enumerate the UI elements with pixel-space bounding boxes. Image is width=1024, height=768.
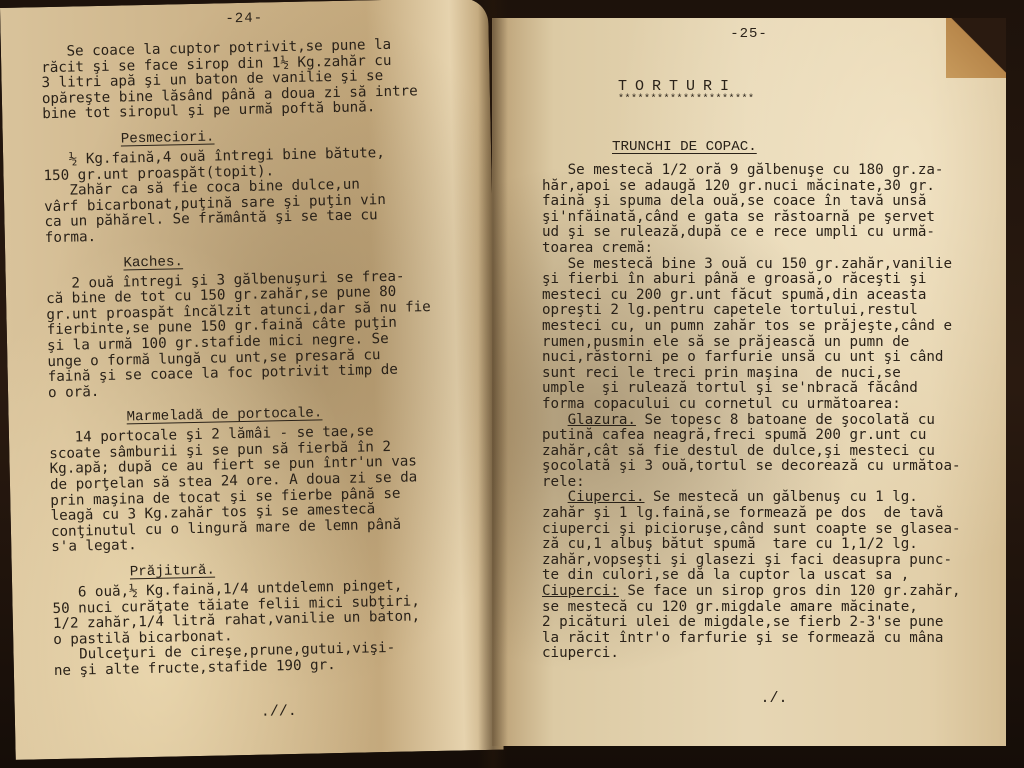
right-page: -25- TORTURI ********************* TRUNC…: [492, 18, 1006, 746]
section-heading: TORTURI: [618, 78, 1006, 95]
recipe-body-kaches: 2 ouă întregi şi 3 gălbenuşuri se frea- …: [46, 267, 497, 401]
ciuperci-alt-label: Ciuperci:: [542, 583, 619, 599]
open-recipe-booklet: -24- Se coace la cuptor potrivit,se pune…: [0, 0, 1024, 768]
section-underline-stars: *********************: [618, 95, 1006, 105]
page-end-mark: ./.: [542, 690, 1006, 707]
recipe-paragraph: Se mestecă 1/2 oră 9 gălbenuşe cu 180 gr…: [542, 163, 1006, 257]
recipe-continuation: Se coace la cuptor potrivit,se pune la r…: [41, 36, 491, 123]
ciuperci-label: Ciuperci.: [568, 489, 645, 505]
recipe-body-prajitura: 6 ouă,½ Kg.faină,1/4 untdelemn pinget, 5…: [52, 577, 502, 680]
glazura-label: Glazura.: [568, 412, 636, 428]
recipe-body-marmelada: 14 portocale şi 2 lămâi - se tae,se scoa…: [49, 422, 500, 556]
ciuperci-alt-paragraph: Ciuperci: Se face un sirop gros din 120 …: [542, 584, 1006, 662]
page-number: -25-: [492, 26, 1006, 42]
ciuperci-paragraph: Ciuperci. Se mestecă un gălbenuş cu 1 lg…: [542, 490, 1006, 584]
recipe-title-trunchi-de-copac: TRUNCHI DE COPAC.: [542, 139, 1006, 155]
glazura-paragraph: Glazura. Se topesc 8 batoane de şocolată…: [542, 413, 1006, 491]
recipe-paragraph: Se mestecă bine 3 ouă cu 150 gr.zahăr,va…: [542, 257, 1006, 413]
left-page: -24- Se coace la cuptor potrivit,se pune…: [0, 0, 504, 760]
folded-corner: [946, 18, 1006, 78]
recipe-body-pesmeciori: ½ Kg.faină,4 ouă întregi bine bătute, 15…: [43, 144, 493, 247]
page-end-mark: .//.: [55, 698, 503, 724]
